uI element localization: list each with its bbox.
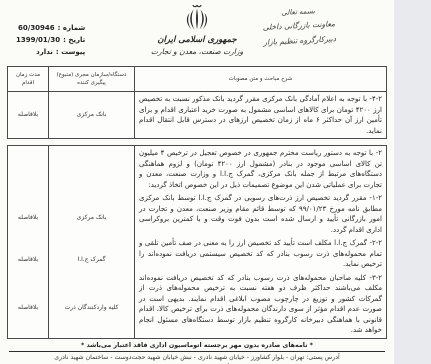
paragraph-item-2-3: ۳-۲- کلیه صاحبان محموله‌های ذرت رسوب بنا… — [139, 273, 382, 336]
paragraph-item-2-1: ۱-۲- مقرر گردید تخصیص ارز ذرت‌های رسوبی … — [139, 193, 382, 235]
iran-emblem-icon — [182, 2, 212, 34]
paragraph-item-2-intro: ۲- با توجه به دستور ریاست محترم جمهوری د… — [139, 148, 382, 190]
col-header-resolution-text: شرح مباحث و متن مصوبات — [134, 67, 386, 91]
col-header-agency: دستگاه/سازمان مجری (متبوع) پیگیری کننده — [48, 67, 134, 91]
letter-paper: بسمه تعالی معاونت بازرگانی داخلی دبیرکار… — [0, 0, 394, 364]
scan-background-strip — [394, 0, 431, 364]
duration-immediately-2: بلافاصله — [8, 242, 48, 278]
table-header-row: شرح مباحث و متن مصوبات دستگاه/سازمان مجر… — [8, 67, 386, 91]
scanned-letter-page: بسمه تعالی معاونت بازرگانی داخلی دبیرکار… — [0, 0, 431, 364]
ministry-title: وزارت صنعت، معدن و تجارت — [132, 47, 262, 56]
letter-date-value: 1399/01/30 — [16, 36, 60, 44]
duration-column-stack: بلافاصله بلافاصله بلافاصله — [8, 146, 48, 338]
table-row-item-2: ۲- با توجه به دستور ریاست محترم جمهوری د… — [8, 146, 386, 338]
letter-date-label: تاریخ : — [63, 36, 85, 44]
duration-immediately-3: بلافاصله — [8, 278, 48, 337]
col-header-duration: مدت زمان اقدام — [8, 67, 48, 91]
agency-corn-importers: کلیه واردکنندگان ذرت — [49, 278, 134, 337]
letterhead: بسمه تعالی معاونت بازرگانی داخلی دبیرکار… — [0, 0, 394, 66]
letter-number-value: 60/30946 — [18, 24, 55, 32]
table-row-item-4-2: ۴-۲- با توجه به اعلام آمادگی بانک مرکزی … — [8, 91, 386, 138]
letterhead-center-block: جمهوری اسلامی ایران وزارت صنعت، معدن و ت… — [132, 2, 262, 56]
footer-divider — [9, 351, 385, 352]
resolutions-table-block2: ۲- با توجه به دستور ریاست محترم جمهوری د… — [7, 145, 387, 339]
letter-attachment-value: ندارد — [36, 48, 53, 56]
agency-empty — [49, 146, 134, 194]
paragraph-item-2-2: ۲-۲- گمرک ج.ا.ا مکلف است تأیید کد تخصیص … — [139, 238, 382, 270]
agency-customs: گمرک ج.ا.ا — [49, 242, 134, 278]
duration-empty — [8, 146, 48, 194]
duration-immediately-1: بلافاصله — [8, 194, 48, 242]
agency-column-stack: بانک مرکزی گمرک ج.ا.ا کلیه واردکنندگان ذ… — [48, 146, 134, 338]
resolution-text-4-2: ۴-۲- با توجه به اعلام آمادگی بانک مرکزی … — [134, 92, 386, 138]
letter-number-label: شماره : — [58, 24, 86, 32]
agency-central-bank-2: بانک مرکزی — [49, 194, 134, 242]
resolutions-table-block1: شرح مباحث و متن مصوبات دستگاه/سازمان مجر… — [7, 66, 387, 139]
resolution-text-item-2: ۲- با توجه به دستور ریاست محترم جمهوری د… — [134, 146, 386, 338]
country-title: جمهوری اسلامی ایران — [132, 35, 262, 45]
letter-footer: * نامه‌های صادره بدون مهر برجسته اتوماسی… — [0, 342, 394, 364]
duration-immediately: بلافاصله — [8, 92, 48, 138]
letter-date-row: تاریخ : 1399/01/30 — [16, 36, 85, 44]
letter-attachment-label: پیوست : — [56, 48, 85, 56]
validity-disclaimer: * نامه‌های صادره بدون مهر برجسته اتوماسی… — [0, 342, 394, 349]
letter-attachment-row: پیوست : ندارد — [16, 48, 85, 56]
letter-meta-block: شماره : 60/30946 تاریخ : 1399/01/30 پیوس… — [16, 24, 85, 60]
agency-central-bank: بانک مرکزی — [48, 92, 134, 138]
postal-address: آدرس پستی: تهران - بلوار کشاورز - خیابان… — [0, 354, 394, 361]
letter-number-row: شماره : 60/30946 — [16, 24, 85, 32]
